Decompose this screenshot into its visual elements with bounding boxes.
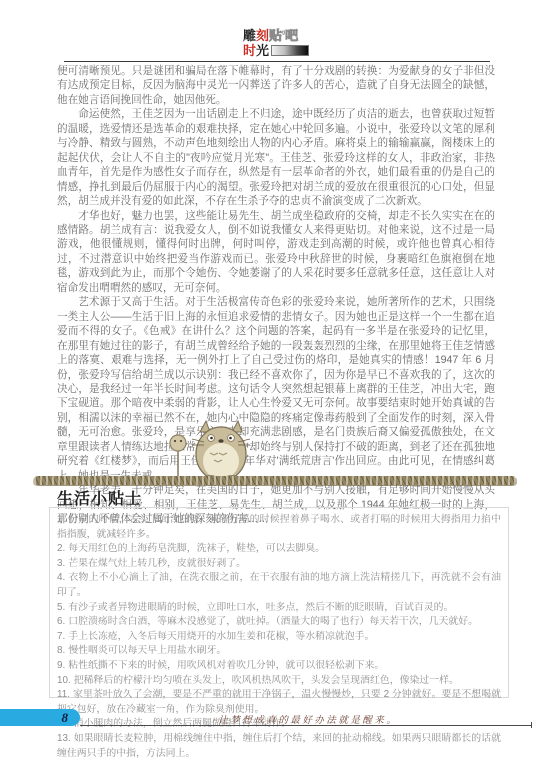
logo-suffix-tieba: 贴'吧 (269, 29, 298, 42)
tip-text: 打嗝的时候，舌头下面含白糖，或者打嗝的时候捏着鼻子喝水、或者打嗝的时候用大拇指用… (57, 514, 501, 540)
tip-text: 口腔溃疡时含白酒，等麻木没感觉了，就吐掉。（酒量大的喝了也行）每天若干次，几天就… (68, 616, 478, 627)
tip-text: 慢性咽炎可以每天早上用盐水刷牙。 (68, 645, 226, 656)
tip-text: 衣物上不小心滴上了油，在洗衣服之前，在干衣服有油的地方滴上洗洁精搓几下，再洗就不… (57, 572, 501, 598)
footer-rule: ·让梦想成真的最好办法就是醒来。 (80, 709, 532, 726)
section-divider (0, 420, 551, 492)
logo-row-top: 雕 刻 贴'吧 (243, 28, 353, 43)
tip-item: 6.口腔溃疡时含白酒，等麻木没感觉了，就吐掉。（酒量大的喝了也行）每天若干次，几… (57, 615, 501, 630)
tip-item: 13.如果眼睛长麦粒肿，用棉线缠住中指，缠住后打个结，来回的扯动棉线。如果两只眼… (57, 732, 501, 761)
logo-gradient-bar (271, 45, 309, 56)
tip-number: 10. (57, 675, 71, 686)
essay-paragraph: 才华也好，魅力也罢，这些能让易先生、胡兰成坐稳政府的交椅，却走不长久实实在在的感… (57, 209, 495, 296)
tip-number: 3. (57, 558, 65, 569)
tips-section-title: 生活小贴士 (57, 486, 142, 509)
brush-stroke-divider (34, 476, 516, 485)
tip-item: 3.芒果在煤气灶上转几秒，皮就很好剥了。 (57, 557, 501, 572)
tip-number: 13. (57, 733, 71, 744)
tip-item: 2.每天用红色的上海药皂洗脚，洗袜子，鞋垫，可以去脚臭。 (57, 542, 501, 557)
tip-text: 把稀释后的柠檬汁均匀喷在头发上，吹风机热风吹干，头发会呈现酒红色，像染过一样。 (74, 675, 459, 686)
essay-paragraph: 便可清晰预见。只是谜团和骗局在落下帷幕时，有了十分戏剧的转换：为爱献身的女子非但… (57, 64, 495, 107)
tip-number: 4. (57, 572, 65, 583)
logo-char-ke: 刻 (256, 29, 269, 42)
tip-item: 9.粘性纸撕不下来的时候，用吹风机对着吹几分钟，就可以很轻松剥下来。 (57, 659, 501, 674)
tip-text: 手上长冻疮，入冬后每天用烧开的水加生姜和花椒，等水稍凉就泡手。 (68, 631, 374, 642)
tip-item: 7.手上长冻疮，入冬后每天用烧开的水加生姜和花椒，等水稍凉就泡手。 (57, 630, 501, 645)
tip-number: 5. (57, 602, 65, 613)
header-divider (64, 61, 490, 62)
logo-char-diao: 雕 (243, 29, 256, 42)
tip-number: 1. (57, 514, 65, 525)
site-logo: 雕 刻 贴'吧 时 光 (243, 28, 353, 58)
logo-char-guang: 光 (256, 44, 269, 57)
page-number: 8 (62, 710, 69, 726)
tip-text: 粘性纸撕不下来的时候，用吹风机对着吹几分钟，就可以很轻松剥下来。 (68, 660, 384, 671)
tip-item: 5.有沙子或者异物进眼睛的时候，立即吐口水，吐多点，然后不断的眨眼睛，百试百灵的… (57, 601, 501, 616)
magazine-page: 雕 刻 贴'吧 时 光 便可清晰预见。只是谜团和骗局在落下帷幕时，有了十分戏剧的… (0, 0, 551, 768)
tip-text: 如果眼睛长麦粒肿，用棉线缠住中指，缠住后打个结，来回的扯动棉线。如果两只眼睛都长… (57, 733, 501, 759)
essay-paragraph: 命运使然，王佳芝因为一出话剧走上不归途，途中既经历了贞洁的逝去，也曾获取过短暂的… (57, 107, 495, 208)
footer-quote: ·让梦想成真的最好办法就是醒来。 (206, 712, 407, 726)
page-number-badge: 8 (0, 709, 80, 726)
totoro-icon (148, 420, 268, 482)
tip-number: 9. (57, 660, 65, 671)
tip-text: 芒果在煤气灶上转几秒，皮就很好剥了。 (68, 558, 246, 569)
tip-item: 1.打嗝的时候，舌头下面含白糖，或者打嗝的时候捏着鼻子喝水、或者打嗝的时候用大拇… (57, 513, 501, 542)
tip-item: 8.慢性咽炎可以每天早上用盐水刷牙。 (57, 644, 501, 659)
logo-row-bottom: 时 光 (243, 43, 353, 58)
tip-number: 6. (57, 616, 65, 627)
tip-text: 每天用红色的上海药皂洗脚，洗袜子，鞋垫，可以去脚臭。 (68, 543, 325, 554)
tip-number: 8. (57, 645, 65, 656)
tip-number: 2. (57, 543, 65, 554)
tip-number: 11. (57, 689, 70, 700)
tip-item: 4.衣物上不小心滴上了油，在洗衣服之前，在干衣服有油的地方滴上洗洁精搓几下，再洗… (57, 571, 501, 600)
tip-item: 10.把稀释后的柠檬汁均匀喷在头发上，吹风机热风吹干，头发会呈现酒红色，像染过一… (57, 674, 501, 689)
tip-number: 7. (57, 631, 65, 642)
tip-text: 有沙子或者异物进眼睛的时候，立即吐口水，吐多点，然后不断的眨眼睛，百试百灵的。 (68, 602, 453, 613)
tips-list: 1.打嗝的时候，舌头下面含白糖，或者打嗝的时候捏着鼻子喝水、或者打嗝的时候用大拇… (49, 507, 509, 698)
logo-char-shi: 时 (243, 44, 256, 57)
